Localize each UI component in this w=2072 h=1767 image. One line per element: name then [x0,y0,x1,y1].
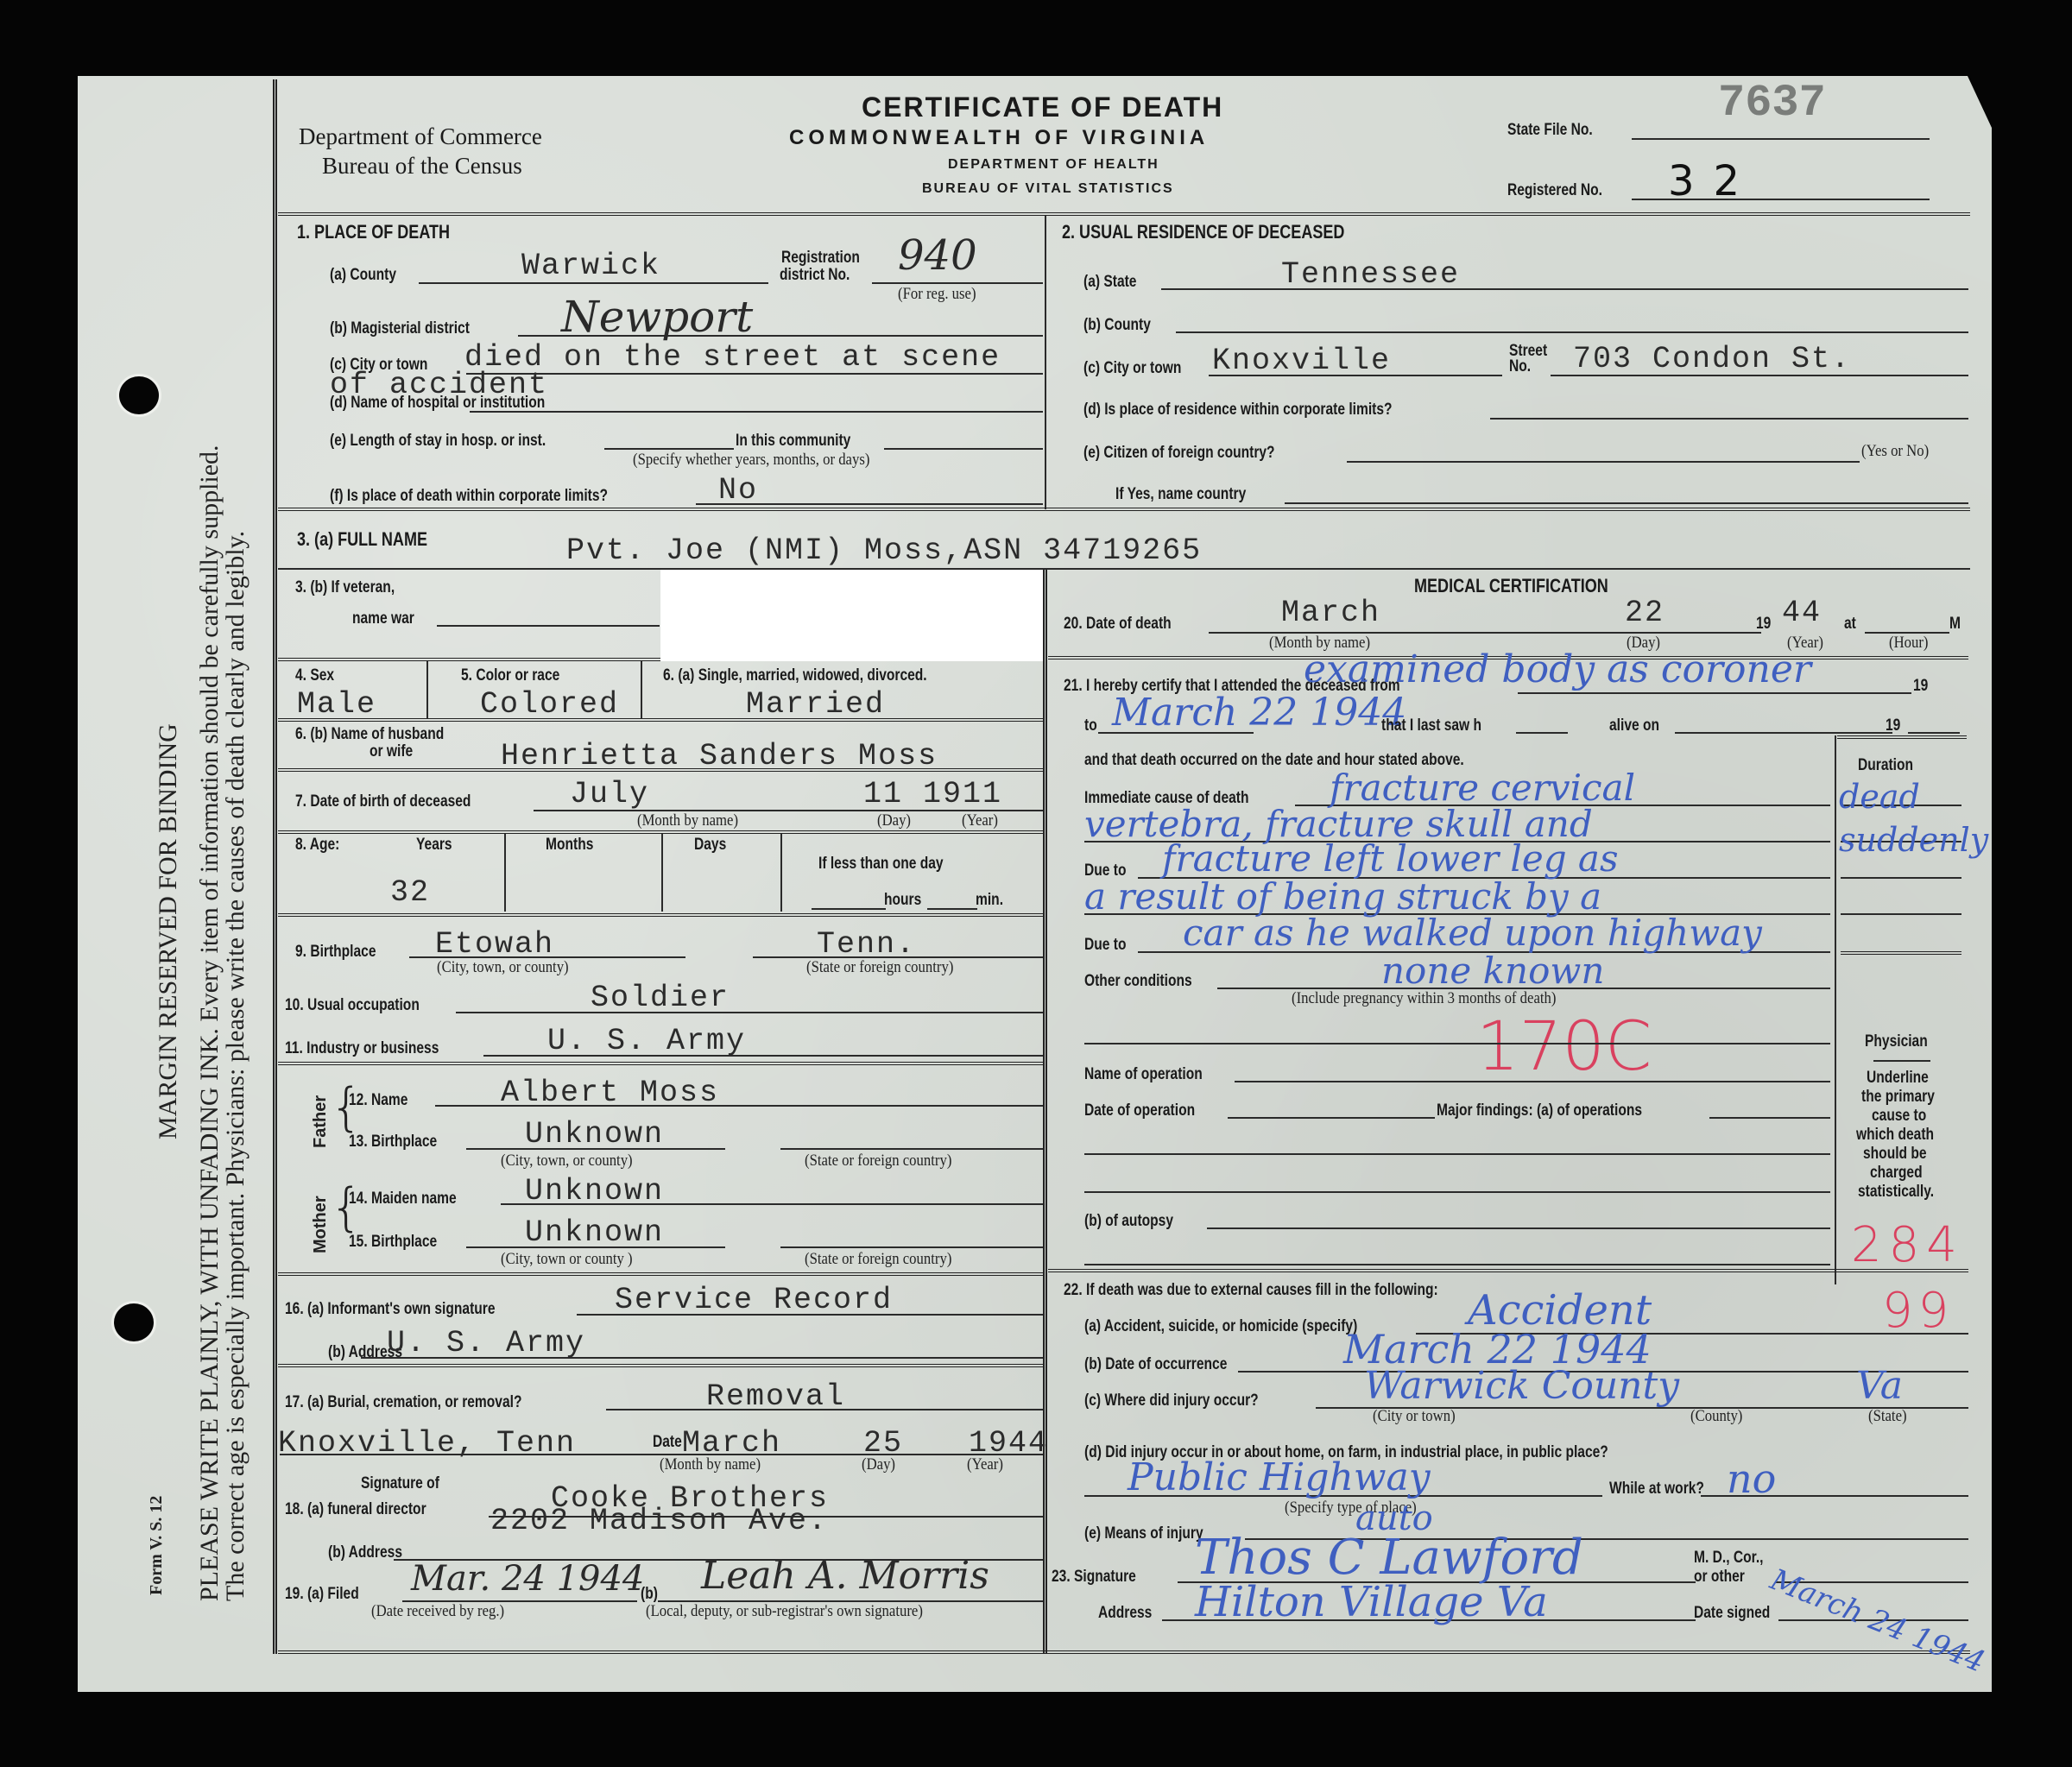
father-state-line [780,1148,1043,1150]
filed-value: Mar. 24 1944 [411,1559,644,1599]
death-m-label: M [1949,615,1961,634]
injury-place-value: Public Highway [1128,1455,1431,1499]
findings-label: Major findings: (a) of operations [1437,1101,1642,1120]
burial-date-label: Date [653,1433,682,1452]
alive-nineteen: 19 [1886,716,1900,735]
mother-birthplace-label: 15. Birthplace [349,1233,437,1252]
physician-note-4: which death [1856,1126,1934,1145]
section1-bottom-rule [278,508,1970,511]
parents-bottom-rule [278,1272,1043,1276]
funeral-address-value: 2202 Madison Ave. [490,1504,828,1538]
death-year-prefix: 19 [1756,615,1771,634]
foreign-country-line [1285,502,1968,504]
res-city-label: (c) City or town [1083,359,1181,378]
cause-line6-value: none known [1381,950,1604,992]
findings-line-3 [1084,1191,1830,1193]
dob-year-note: (Year) [962,811,998,830]
alive-on-line [1675,732,1892,734]
alive-year-line [1908,732,1960,734]
residence-heading: 2. USUAL RESIDENCE OF DECEASED [1062,221,1344,243]
min-label: min. [976,891,1003,910]
red-code-284: 284 [1851,1217,1964,1273]
community-label: In this community [736,432,850,451]
community-line [884,448,1043,450]
due-to-label-2: Due to [1084,936,1126,955]
cause-line3-value: fracture left lower leg as [1162,837,1619,880]
md-label-1: M. D., Cor., [1694,1549,1764,1568]
duration-line-4 [1841,913,1961,915]
dob-day-year: 11 1911 [863,777,1002,811]
hospital-label: (d) Name of hospital or institution [330,394,545,413]
reg-district-line [872,282,1043,284]
industry-label: 11. Industry or business [285,1039,439,1058]
informant-address-value: U. S. Army [387,1326,585,1360]
signature-label: 23. Signature [1052,1568,1136,1587]
physician-note-1: Underline [1867,1069,1929,1088]
birthplace-city: Etowah [435,927,554,962]
industry-value: U. S. Army [547,1024,746,1058]
informant-value: Service Record [615,1283,893,1317]
min-line [927,908,977,910]
filed-note: (Date received by reg.) [371,1602,504,1621]
father-text: Father [311,1095,330,1148]
father-city-note: (City, town, or county) [501,1152,633,1171]
hospital-line [470,411,1043,413]
dept-commerce: Department of Commerce [299,123,542,150]
father-name-value: Albert Moss [501,1076,719,1110]
medical-bottom-rule [1048,1269,1968,1272]
age-bottom-rule [278,913,1043,917]
commonwealth-title: COMMONWEALTH OF VIRGINIA [789,126,1209,150]
duration-line-3 [1841,877,1961,879]
duration-label: Duration [1858,756,1913,775]
age-label: 8. Age: [295,836,339,855]
magisterial-label: (b) Magisterial district [330,319,470,338]
res-corporate-label: (d) Is place of residence within corpora… [1083,401,1393,420]
op-date-line [1228,1117,1435,1119]
mother-city-note: (City, town or county ) [501,1250,633,1269]
yes-no-note: (Yes or No) [1861,442,1929,461]
sig-address-label: Address [1098,1604,1152,1623]
birthplace-state-note: (State or foreign country) [806,958,953,977]
funeral-sig-label-2: 18. (a) funeral director [285,1500,426,1519]
corporate-limits-label: (f) Is place of death within corporate l… [330,487,608,506]
hours-line [812,908,886,910]
death-at-label: at [1844,615,1856,634]
months-label: Months [546,836,593,855]
findings-line-2 [1084,1153,1830,1155]
form-left-border [273,79,277,1654]
paper-corner [1968,76,1992,128]
father-birthplace-label: 13. Birthplace [349,1133,437,1152]
redacted-block [660,570,1043,661]
father-state-note: (State or foreign country) [805,1152,951,1171]
death-date-year: 44 [1782,596,1822,630]
form-bottom-rule [278,1650,1970,1654]
place-of-death-heading: 1. PLACE OF DEATH [297,221,450,243]
binding-hole-top [119,376,159,414]
death-hour-note: (Hour) [1889,634,1928,653]
autopsy-label: (b) of autopsy [1084,1212,1173,1231]
medical-left-border [1043,570,1047,1654]
res-city-value: Knoxville [1212,344,1391,378]
death-date-label: 20. Date of death [1064,615,1172,634]
veteran-label-1: 3. (b) If veteran, [295,578,395,597]
foreign-citizen-label: (e) Citizen of foreign country? [1083,444,1275,463]
registrar-label: (b) [641,1585,658,1604]
burial-day-note: (Day) [862,1455,895,1474]
burial-type-label: 17. (a) Burial, cremation, or removal? [285,1393,521,1412]
dob-day-note: (Day) [877,811,911,830]
form-number-text: Form V. S. 12 [147,1496,166,1595]
burial-place-value: Knoxville, Tenn [278,1426,576,1461]
industry-bottom-rule [278,1062,1043,1065]
occurrence-date-label: (b) Date of occurrence [1084,1355,1227,1374]
red-code-99: 99 [1882,1283,1954,1339]
state-file-stamp: 7637 [1718,78,1826,129]
sex-label: 4. Sex [295,666,334,685]
to-value: March 22 1944 [1112,691,1406,735]
marital-label: 6. (a) Single, married, widowed, divorce… [663,666,927,685]
age-divider-1 [504,834,506,912]
stay-line [604,448,734,450]
duration-top-rule [1837,735,1967,739]
birthplace-city-note: (City, town, or county) [437,958,569,977]
mother-state-line [780,1246,1043,1248]
father-side-label: Father [311,1095,331,1148]
reg-use-note: (For reg. use) [898,285,976,304]
age-divider-3 [780,834,782,912]
margin-instruction-1: PLEASE WRITE PLAINLY, WITH UNFADING INK.… [195,445,224,1601]
bureau-census: Bureau of the Census [322,153,522,180]
fullname-bottom-rule [278,568,1970,570]
external-heading: 22. If death was due to external causes … [1064,1281,1438,1300]
res-state-label: (a) State [1083,273,1136,292]
physician-heading: Physician [1865,1032,1928,1051]
age-divider-2 [661,834,663,912]
binding-note: MARGIN RESERVED FOR BINDING [154,723,182,1139]
autopsy-line-2 [1084,1264,1830,1265]
county-value: Warwick [521,249,660,283]
burial-year-note: (Year) [967,1455,1003,1474]
mother-maiden-value: Unknown [525,1174,664,1209]
burial-month-note: (Month by name) [660,1455,761,1474]
veteran-label-2: name war [352,609,414,628]
instruction-line-2: The correct age is especially important.… [221,531,250,1601]
magisterial-value: Newport [561,292,753,342]
spouse-label-2: or wife [370,742,413,761]
row4-bottom-rule [278,718,1043,722]
sex-race-divider [426,661,428,718]
at-work-value: no [1727,1455,1776,1502]
marital-value: Married [746,687,885,722]
father-birthplace-value: Unknown [525,1117,664,1152]
street-value: 703 Condon St. [1573,342,1851,376]
injury-state-note: (State) [1868,1407,1907,1426]
street-label-2: No. [1509,357,1531,376]
father-name-label: 12. Name [349,1091,407,1110]
state-file-label: State File No. [1507,121,1593,140]
reg-district-label-1: Registration [781,249,860,268]
less-than-day-label: If less than one day [818,855,944,874]
cause-line5-value: car as he walked upon highway [1183,912,1762,954]
department-health: DEPARTMENT OF HEALTH [948,157,1159,173]
duration-value: dead suddenly [1839,775,1951,861]
registrar-note: (Local, deputy, or sub-registrar's own s… [646,1602,923,1621]
mother-maiden-label: 14. Maiden name [349,1190,457,1209]
res-city-line [1209,375,1502,376]
findings-line [1709,1117,1830,1119]
certify-value: examined body as coroner [1304,647,1811,691]
corporate-limits-value: No [718,473,758,508]
res-corporate-line [1490,418,1968,420]
county-label: (a) County [330,266,396,285]
injury-where-county: Warwick County [1364,1364,1679,1408]
op-date-label: Date of operation [1084,1101,1195,1120]
autopsy-line [1207,1227,1830,1229]
state-file-line [1632,138,1930,140]
filed-label: 19. (a) Filed [285,1585,359,1604]
burial-type-value: Removal [706,1379,845,1414]
dob-month: July [570,777,649,811]
res-county-label: (b) County [1083,316,1151,335]
death-date-day: 22 [1625,596,1665,630]
age-years-value: 32 [390,875,430,910]
funeral-sig-label-1: Signature of [361,1474,439,1493]
form-number: Form V. S. 12 [147,1496,167,1595]
dob-bottom-rule [278,830,1043,834]
last-saw-label: that I last saw h [1381,716,1481,735]
last-saw-line [1516,732,1568,734]
occupation-line [456,1012,1043,1013]
stay-note: (Specify whether years, months, or days) [633,451,869,470]
red-code-170c: 170C [1476,1008,1652,1086]
medical-heading: MEDICAL CERTIFICATION [1414,575,1608,597]
informant-label: 16. (a) Informant's own signature [285,1300,496,1319]
death-date-month: March [1281,596,1380,630]
physician-note-6: charged [1870,1164,1923,1183]
full-name-label: 3. (a) FULL NAME [297,528,427,551]
header-bottom-rule [278,212,1970,216]
op-blank-line [1084,1043,1830,1044]
spouse-bottom-rule [278,768,1043,772]
race-marital-divider [641,661,642,718]
res-state-value: Tennessee [1281,257,1460,292]
informant-bottom-rule [278,1364,1043,1367]
certify-nineteen: 19 [1913,677,1928,696]
res-county-line [1176,331,1968,333]
injury-city-note: (City or town) [1373,1407,1456,1426]
days-label: Days [694,836,726,855]
full-name-value: Pvt. Joe (NMI) Moss,ASN 34719265 [566,533,1202,568]
dob-label: 7. Date of birth of deceased [295,792,471,811]
funeral-address-label: (b) Address [328,1543,402,1562]
to-label: to [1084,716,1097,735]
margin-binding-note: MARGIN RESERVED FOR BINDING [154,723,183,1139]
stay-label: (e) Length of stay in hosp. or inst. [330,432,546,451]
physician-note-5: should be [1863,1145,1927,1164]
birthplace-state: Tenn. [817,927,916,962]
registered-label: Registered No. [1507,181,1602,200]
injury-county-note: (County) [1690,1407,1742,1426]
sex-value: Male [297,687,376,722]
occupation-label: 10. Usual occupation [285,996,420,1015]
race-value: Colored [480,687,619,722]
reg-district-value: 940 [898,231,977,280]
foreign-citizen-line [1347,461,1860,463]
at-work-label: While at work? [1609,1480,1704,1499]
reg-district-label-2: district No. [780,266,850,285]
date-signed-label: Date signed [1694,1604,1770,1623]
alive-on-label: alive on [1609,716,1659,735]
years-label: Years [416,836,452,855]
md-label-2: or other [1694,1568,1745,1587]
dob-month-note: (Month by name) [637,811,738,830]
birthplace-label: 9. Birthplace [295,943,376,962]
injury-where-state: Va [1856,1364,1903,1408]
registrar-value: Leah A. Morris [701,1554,989,1598]
registered-value: 32 [1668,157,1759,205]
mother-state-note: (State or foreign country) [805,1250,951,1269]
bureau-vital-stats: BUREAU OF VITAL STATISTICS [922,181,1174,197]
margin-instruction-2: The correct age is especially important.… [221,531,250,1601]
mother-birthplace-value: Unknown [525,1215,664,1250]
instruction-line-1: PLEASE WRITE PLAINLY, WITH UNFADING INK.… [195,445,224,1601]
veteran-line [437,625,660,627]
foreign-country-label: If Yes, name country [1115,485,1246,504]
mother-text: Mother [311,1196,330,1253]
certificate-title: CERTIFICATE OF DEATH [862,92,1223,123]
sig-address-value: Hilton Village Va [1195,1578,1548,1626]
certify-line [1518,692,1911,694]
physician-note-2: the primary [1861,1088,1935,1107]
physician-underline [1873,1060,1930,1062]
external-type-label: (a) Accident, suicide, or homicide (spec… [1084,1317,1357,1336]
operation-name-label: Name of operation [1084,1065,1203,1084]
physician-note-7: statistically. [1858,1183,1934,1202]
physician-note-3: cause to [1872,1107,1926,1126]
column-divider [1045,216,1046,509]
hours-label: hours [884,891,921,910]
spouse-label-1: 6. (b) Name of husband [295,725,444,744]
other-conditions-label: Other conditions [1084,972,1192,991]
pregnancy-note: (Include pregnancy within 3 months of de… [1292,989,1556,1008]
operation-name-line [1235,1081,1830,1082]
veteran-bottom-rule [278,658,660,661]
binding-hole-bottom [114,1303,154,1341]
duration-column-divider [1835,735,1836,1284]
race-label: 5. Color or race [461,666,559,685]
duration-line-5 [1841,951,1961,955]
mother-side-label: Mother [311,1196,331,1253]
means-label: (e) Means of injury [1084,1524,1203,1543]
injury-where-label: (c) Where did injury occur? [1084,1392,1259,1410]
occupation-value: Soldier [591,981,730,1015]
